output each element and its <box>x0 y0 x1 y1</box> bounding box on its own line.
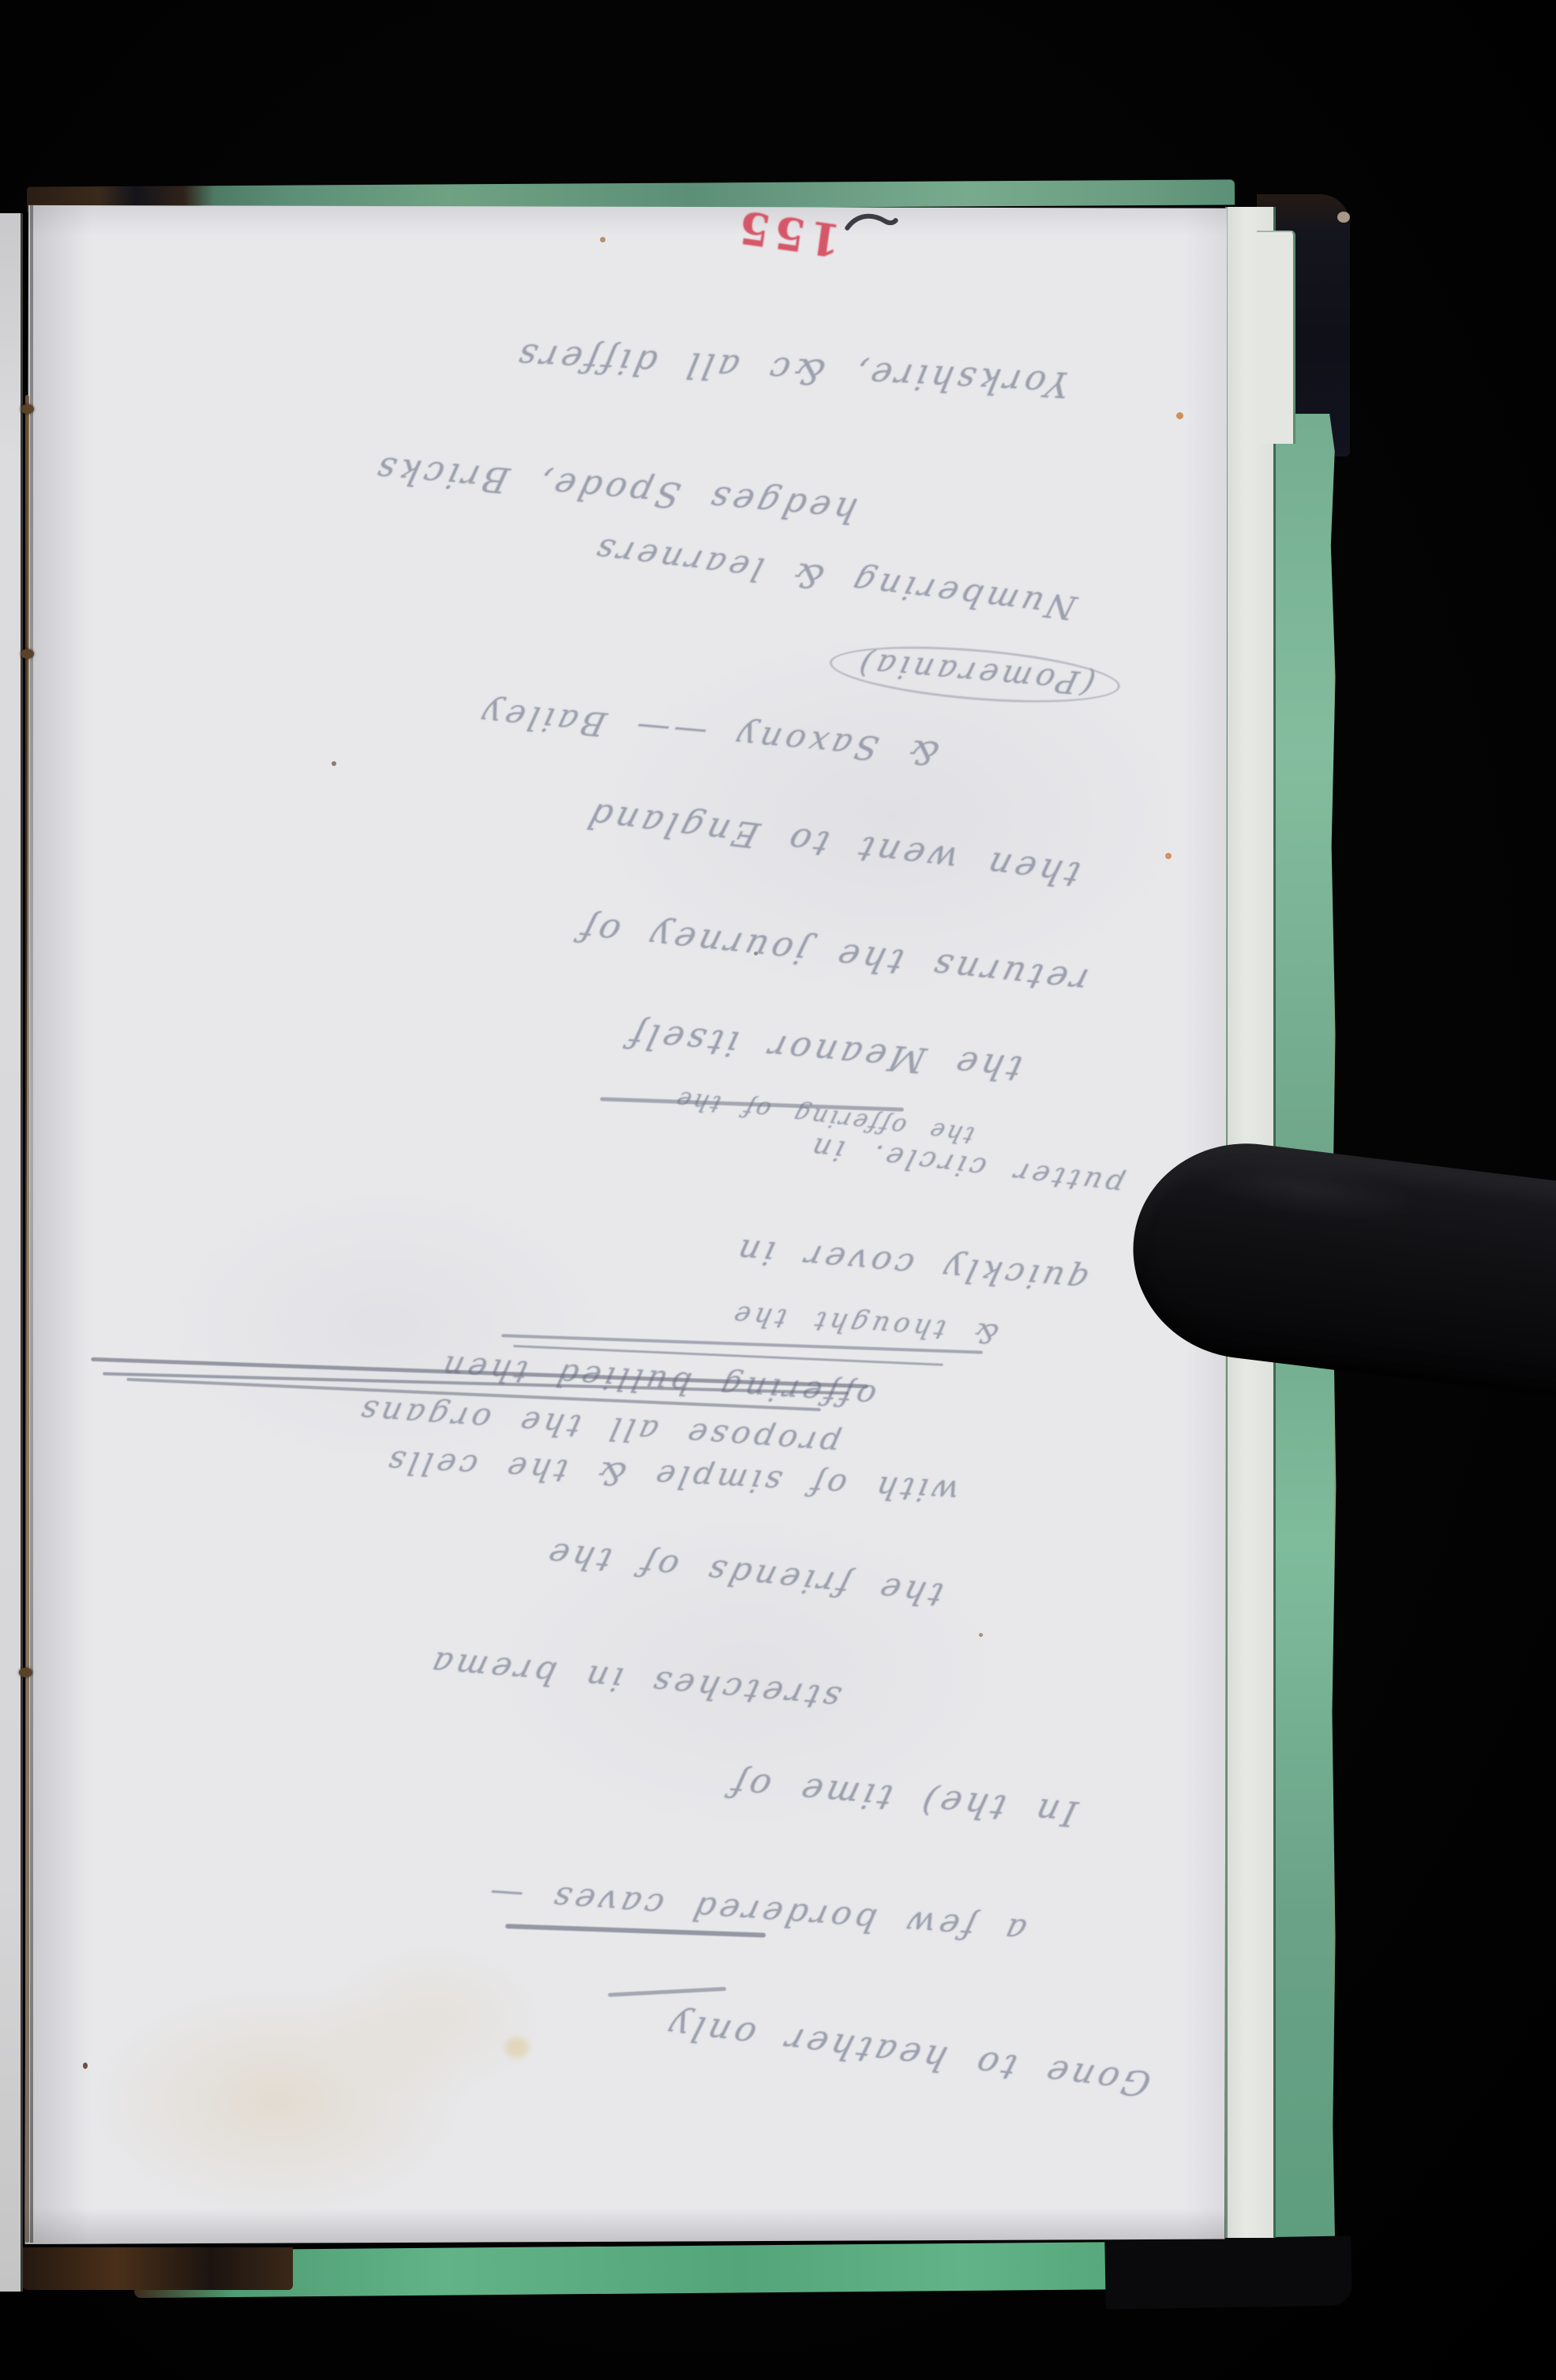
book-bottom-green-edge <box>134 2241 1239 2298</box>
ink-mark-icon <box>842 202 902 244</box>
paper-speck <box>332 761 336 766</box>
leather-corner-bottom-right <box>1104 2235 1352 2309</box>
binding-thread <box>25 395 29 2243</box>
paper-speck <box>1165 853 1172 859</box>
stepped-leaf-edge <box>1257 231 1295 444</box>
paper-speck <box>1176 412 1183 419</box>
paper-stain <box>505 2037 529 2058</box>
paper-speck <box>83 2063 88 2069</box>
corner-wear-chip <box>1337 212 1350 223</box>
thread-knot <box>21 649 34 659</box>
gutter-crease <box>30 205 33 2243</box>
paper-speck <box>979 1633 983 1637</box>
book-bottom-leather-edge <box>21 2247 293 2290</box>
paper-speck <box>600 237 606 242</box>
photo-canvas: 155 Yorkshire, &c all differs hedges Spo… <box>0 0 1556 2380</box>
thread-knot <box>21 404 34 414</box>
facing-page-edge <box>0 213 23 2292</box>
thread-knot <box>19 1668 32 1677</box>
